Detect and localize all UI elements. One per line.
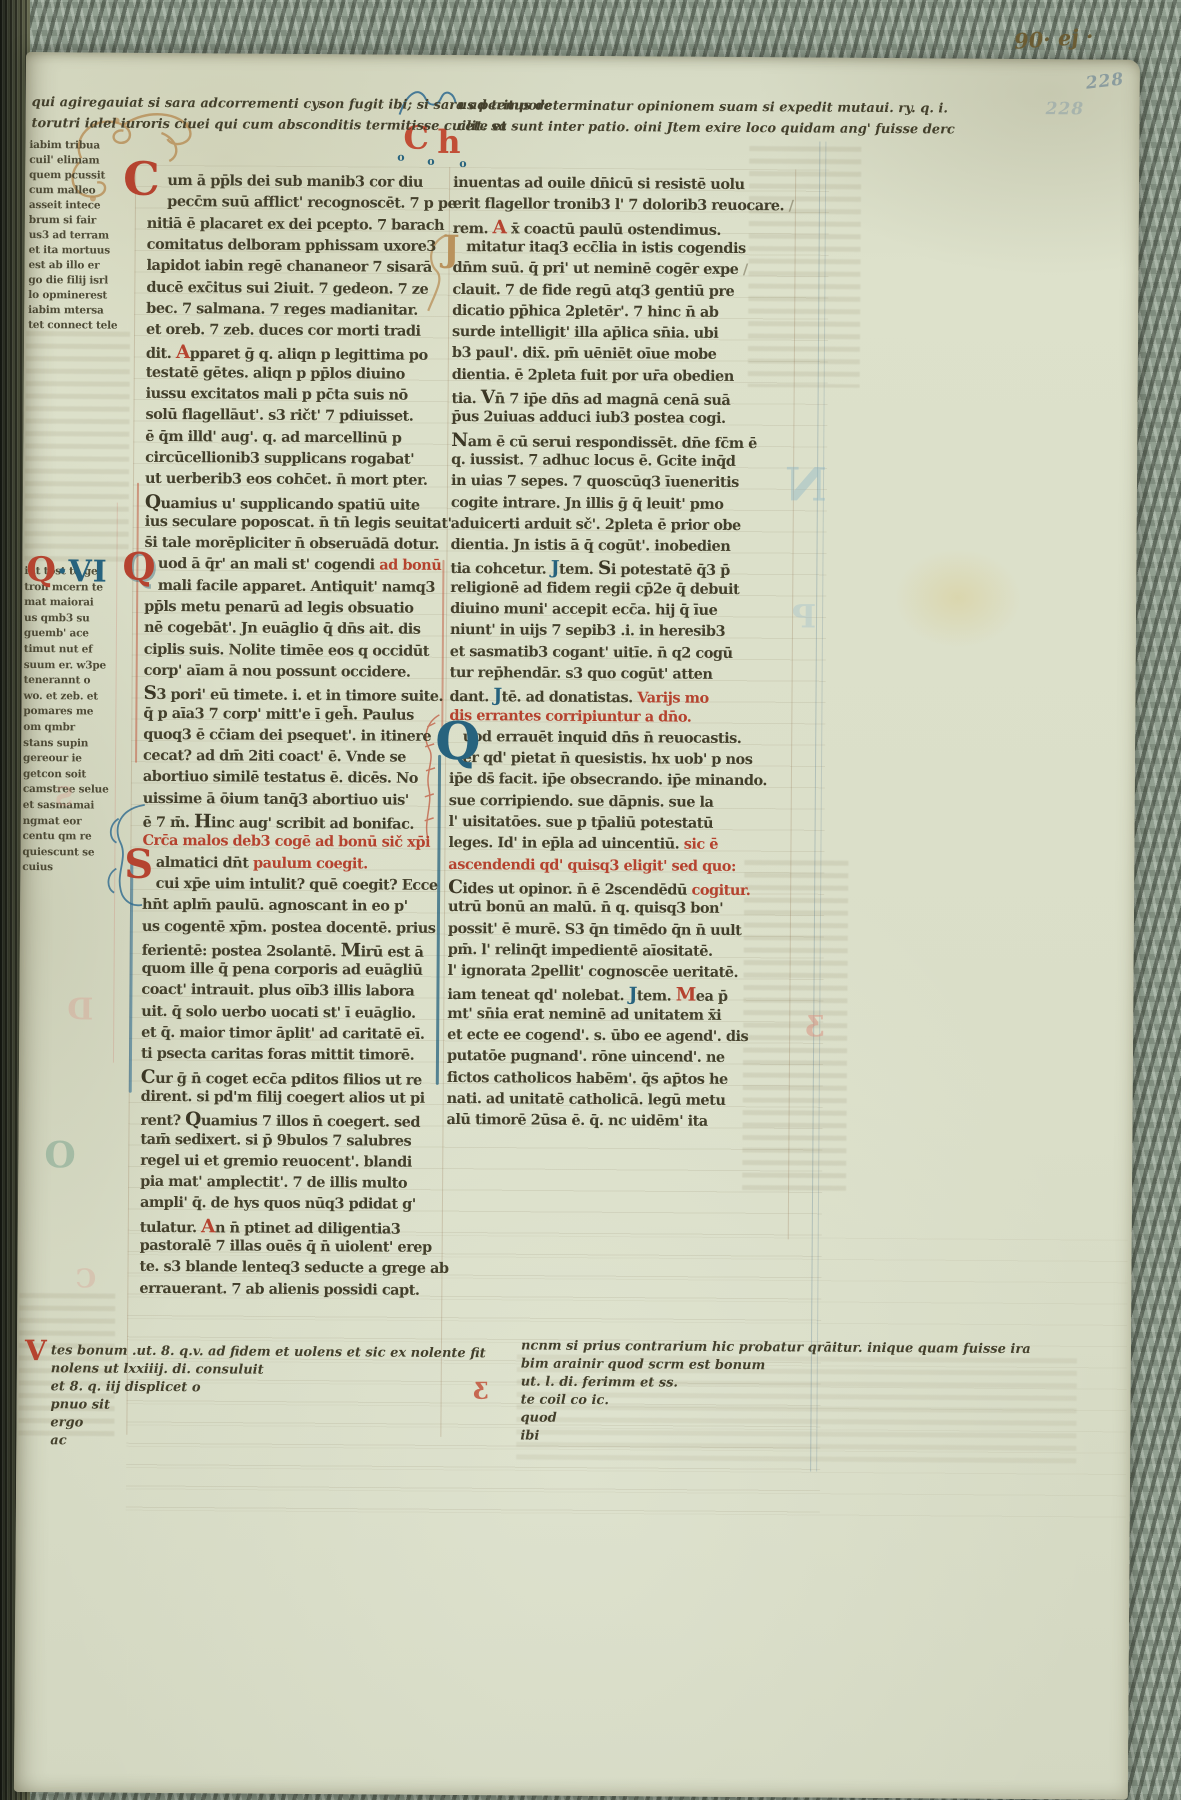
text-line: est ab illo er bbox=[28, 260, 99, 271]
text-line: errauerant. 7 ab alienis possidi capt. bbox=[139, 1281, 419, 1297]
text-line: in uias 7 sepes. 7 quoscūq3 īueneritis bbox=[451, 474, 739, 491]
text-line: cete et sunt inter patio. oini Jtem exir… bbox=[457, 120, 954, 136]
text-line: utrū bonū an malū. n̄ q. quisq3 bon' bbox=[448, 900, 723, 916]
quaestio-number: ·VI bbox=[57, 554, 108, 589]
initial-C: C bbox=[123, 159, 160, 201]
text-line: ut. l. di. ferimm et ss. bbox=[521, 1375, 678, 1389]
text-line: guemb' ace bbox=[24, 628, 89, 639]
text-line: et 8. q. iij displicet o bbox=[51, 1380, 201, 1394]
showthrough-initial: D bbox=[67, 992, 93, 1027]
text-line: hn̄t aplm̄ paulū. agnoscant in eo p' bbox=[142, 898, 408, 914]
text-line: comitatus delboram pphissam uxore3 bbox=[147, 238, 436, 255]
text-line: us peritus determinatur opinionem suam s… bbox=[458, 99, 948, 115]
showthrough-initial: N bbox=[785, 457, 827, 511]
text-line: ibi bbox=[520, 1429, 539, 1442]
text-line: ferientē: postea 2solantē. Mirū est a… bbox=[142, 941, 424, 962]
text-line: surde intelligit' illa ap̄lica sn̄ia. ub… bbox=[452, 325, 718, 341]
text-line: um ā pp̄ls dei sub manib3 cor diu bbox=[147, 174, 423, 190]
text-line: om qmbr bbox=[23, 722, 75, 733]
text-line: er qd' pietat n̄ quesistis. hx uob' p no… bbox=[449, 751, 752, 768]
text-line: dicatio pp̄hica 2pletēr'. 7 hinc n̄ ab bbox=[452, 304, 718, 320]
folio-number-ink: 90· ej · bbox=[1013, 23, 1094, 53]
text-line: dientia. Jn istis ā q̄ cogūt'. inobedi… bbox=[451, 538, 731, 554]
text-line: te coil co ic. bbox=[521, 1393, 609, 1407]
text-line: pm̄. l' relinq̄t impedientē aīositatē… bbox=[448, 943, 713, 959]
text-line: q̄ p aīa3 7 corp' mitt'e ī geh̄. Paulu… bbox=[143, 706, 414, 722]
text-line: Cides ut opinor. n̄ ē 2scendēdū cogit… bbox=[448, 879, 750, 900]
text-line: mali facile apparet. Antiquit' namq3 bbox=[144, 579, 435, 596]
text-line: go die filij isrl bbox=[28, 275, 108, 286]
text-line: religionē ad fidem regii cp̄2e q̄ debui… bbox=[450, 581, 739, 598]
showthrough-text bbox=[24, 328, 130, 565]
text-line: leges. Id' in ep̄la ad uincentiū. sic e… bbox=[448, 836, 718, 852]
text-line: quoq3 ē cc̄iam dei psequet'. in itinere bbox=[143, 728, 431, 745]
text-line: corp' aīam ā nou possunt occidere. bbox=[144, 664, 411, 680]
text-line: rent? Quamius 7 illos n̄ coegert. sed bbox=[140, 1111, 420, 1132]
penwork-line-red bbox=[135, 483, 139, 763]
text-column-left: um ā pp̄ls dei sub manib3 cor diu pecc̄… bbox=[139, 174, 455, 1316]
text-line: pomares me bbox=[23, 706, 93, 717]
text-line: centu qm re bbox=[22, 831, 91, 842]
text-line: almatici dn̄t paulum coegit. bbox=[142, 855, 367, 871]
text-line: gereour ie bbox=[23, 753, 82, 764]
text-line: nolens ut lxxiiij. di. consuluit bbox=[51, 1362, 264, 1376]
text-line: clauit. 7 de fide regū atq3 gentiū pre bbox=[452, 282, 734, 298]
text-line: dirent. si pd'm filij coegert alios ut p… bbox=[141, 1090, 425, 1106]
text-line: te. s3 blande lenteq3 seducte a grege ab bbox=[139, 1260, 448, 1277]
text-line: cum malleo bbox=[29, 185, 95, 196]
text-line: pastoralē 7 illas ouēs q̄ n̄ uiolent' … bbox=[140, 1239, 432, 1256]
text-line: dit. Apparet ḡ q. aliqn p legittima po bbox=[146, 344, 428, 365]
text-line: et oreb. 7 zeb. duces cor morti tradi bbox=[146, 323, 421, 339]
bottom-annotation-left: tes bonum .ut. 8. q.v. ad fidem et uolen… bbox=[50, 1344, 491, 1467]
showthrough-layer: ODSNPʒʒC bbox=[26, 52, 1140, 60]
text-line: us cogentē xp̄m. postea docentē. prius bbox=[142, 919, 436, 936]
text-line: Crc̄a malos deb3 cogē ad bonū sič xp̄… bbox=[142, 834, 430, 851]
penwork-dot: o bbox=[459, 157, 466, 170]
text-line: ē q̄m illd' aug'. q. ad marcellinū p bbox=[145, 429, 401, 445]
text-column-right: inuentas ad ouile dn̄icū si resistē uo… bbox=[446, 176, 797, 1138]
text-line: suum er. w3pe bbox=[24, 660, 106, 671]
text-line: nitiā ē placaret ex dei pcepto. 7 bara… bbox=[147, 216, 444, 233]
text-line: ip̄e ds̄ facit. ip̄e obsecrando. ip̄e mi… bbox=[449, 772, 767, 789]
text-line: Quamius u' supplicando spatiū uite bbox=[145, 493, 420, 513]
text-line: erit flagellor tronib3 l' 7 dolorib3 reu… bbox=[453, 197, 794, 214]
text-line: quom ille q̄ pena corporis ad euāgliū bbox=[142, 962, 423, 978]
text-line: aduicerti arduit sč'. 2pleta ē prior o… bbox=[451, 517, 741, 534]
penwork-dot: o bbox=[427, 155, 434, 168]
text-line: ncnm si prius contrarium hic probatur qr… bbox=[521, 1339, 1031, 1356]
text-line: ius seculare poposcat. n̄ tn̄ legis seui… bbox=[145, 515, 452, 532]
text-line: rem. A x̄ coactū paulū ostendimus. bbox=[453, 219, 721, 239]
initials-layer: CQSJQV bbox=[26, 52, 1140, 60]
parchment-page: 228 228 bbox=[14, 52, 1140, 1800]
text-line: lapidot iabin regē chananeor 7 sisarā bbox=[146, 259, 431, 275]
text-line: l' ignorata 2pellit' cognoscēe ueritate… bbox=[448, 964, 739, 981]
text-line: tam̄ sedixert. si p̄ 9bulos 7 salubres bbox=[140, 1132, 411, 1148]
folio-number-pencil-faint: 228 bbox=[1046, 99, 1085, 119]
text-line: Cur ḡ n̄ coget ecc̄a pditos filios ut r… bbox=[141, 1068, 422, 1089]
text-line: b3 paul'. dix̄. pm̄ uēniēt oīue mobe bbox=[452, 346, 717, 362]
text-line: torutri ialel iuroris ciuei qui cum absc… bbox=[31, 117, 507, 133]
text-line: bim arainir quod scrm est bonum bbox=[521, 1357, 766, 1372]
text-line: us3 ad terram bbox=[29, 230, 109, 241]
text-line: l' uisitatōes. sue p tp̄aliū potestatu… bbox=[449, 815, 714, 831]
text-line: us qmb3 su bbox=[24, 613, 90, 624]
text-line: ngmat eor bbox=[23, 816, 82, 827]
initial-V-annotation: V bbox=[25, 1338, 47, 1363]
text-line: nē cogebāt'. Jn euāglio q̄ dn̄s ait. … bbox=[144, 621, 421, 637]
text-line: possit' ē murē. S3 q̄n timēdo q̄n n̄ … bbox=[448, 921, 742, 938]
text-line: testatē gētes. aliqn p pp̄los diuino bbox=[146, 366, 405, 382]
text-line: pia mat' amplectit'. 7 de illis multo bbox=[140, 1175, 407, 1191]
initial-S: S bbox=[124, 847, 153, 883]
penwork-dot: o bbox=[397, 151, 404, 164]
text-line: Nam ē cū serui respondissēt. dn̄e fc̄… bbox=[451, 432, 757, 453]
text-line: alū timorē 2ūsa ē. q̄. nc uidēm' it… bbox=[447, 1113, 708, 1129]
text-line: ergo bbox=[50, 1416, 83, 1429]
showthrough-initial: P bbox=[792, 597, 816, 635]
margin-gloss-mid: int tost to getron mcern temat maioraius… bbox=[22, 566, 124, 883]
initial-Q-right: Q bbox=[435, 719, 481, 766]
text-line: et ecte ee cogend'. s. ūbo ee agend'. d… bbox=[447, 1028, 748, 1045]
text-line: et sasmatib3 cogant' uitīe. n̄ q2 cogū bbox=[450, 645, 733, 661]
text-line: sue corripiendo. sue dāpnis. sue la bbox=[449, 794, 714, 810]
text-line: mat maiorai bbox=[24, 597, 94, 608]
text-line: quem pcussit bbox=[29, 170, 105, 181]
initial-Q-left: Q bbox=[122, 550, 155, 584]
text-line: s̄i tale morēpliciter n̄ obseruādā do… bbox=[145, 536, 440, 553]
text-line: dis errantes corripiuntur a dn̄o. bbox=[449, 708, 691, 724]
text-line: tulatur. An n̄ ptinet ad diligentia3 bbox=[140, 1218, 401, 1238]
text-line: nati. ad unitatē catholicā. legū metu bbox=[447, 1092, 726, 1108]
text-line: tia cohcetur. Jtem. Si potestatē q̄3 p̄ bbox=[450, 559, 730, 580]
text-line: circūcellionib3 supplicans rogabat' bbox=[145, 451, 414, 467]
text-line: getcon soit bbox=[23, 769, 86, 780]
text-line: cogite intrare. Jn illis ḡ q̄ leuit' pm… bbox=[451, 495, 724, 511]
text-line: uissime ā ōium tanq̄3 abortiuo uis' bbox=[143, 792, 409, 808]
text-line: tia. Vn̄ 7 ip̄e dn̄s ad magnā cenā sua… bbox=[452, 389, 731, 410]
text-line: dn̄m suū. q̄ pri' ut neminē cogēr exp… bbox=[452, 261, 747, 278]
text-line: p̄us 2uiuas adduci iub3 postea cogi. bbox=[451, 410, 725, 426]
text-line: tes bonum .ut. 8. q.v. ad fidem et uolen… bbox=[51, 1344, 486, 1360]
text-line: dientia. ē 2pleta fuit por ur̄a obedien bbox=[452, 368, 734, 384]
initial-J: J bbox=[443, 233, 460, 266]
text-line: bec. 7 salmana. 7 reges madianitar. bbox=[146, 302, 418, 318]
text-line: coact' intrauit. plus oīb3 illis labora bbox=[141, 983, 414, 999]
text-line: pecc̄m suū afflict' recognoscēt. 7 p p… bbox=[147, 195, 456, 212]
text-line: pnuo sit bbox=[51, 1398, 111, 1411]
text-line: pp̄ls metu penarū ad legis obsuatio bbox=[144, 600, 413, 616]
text-line: iabim mtersa bbox=[28, 305, 103, 316]
text-line: uod ā q̄r' an mali st' cogendi ad bonū bbox=[144, 557, 441, 574]
quaestio-initial: Q bbox=[26, 550, 57, 590]
text-line: mitatur itaq3 ecc̄lia in istis cogendis bbox=[453, 240, 746, 257]
text-line: uod errauēt inquid dn̄s n̄ reuocastis. bbox=[449, 730, 741, 747]
text-line: et ita mortuus bbox=[29, 245, 110, 256]
text-line: wo. et zeb. et bbox=[23, 691, 97, 702]
text-line: mt' sn̄ia erat neminē ad unitatem x̄i bbox=[447, 1007, 721, 1023]
text-line: S3 pori' eū timete. i. et in timore sui… bbox=[143, 685, 443, 706]
manuscript-photo: { "page": { "folio_ink": "90· ej ·", "fo… bbox=[0, 0, 1181, 1800]
folio-number-pencil: 228 bbox=[1085, 69, 1126, 93]
text-line: timut nut ef bbox=[24, 644, 93, 655]
text-line: iussu excitatos mali p pc̄ta suis nō bbox=[146, 387, 408, 403]
quaestio-marker: Q·VI bbox=[26, 550, 108, 591]
text-line: putatōe pugnand'. rōne uincend'. ne bbox=[447, 1049, 725, 1065]
text-line: regel ui et gremio reuocent'. blandi bbox=[140, 1154, 412, 1170]
margin-gloss-top: iabim tribuacuil' elimamquem pcussitcum … bbox=[28, 140, 133, 341]
text-line: cecat? ad dm̄ 2iti coact' ē. Vnde se bbox=[143, 749, 406, 765]
text-line: lo opminerest bbox=[28, 290, 107, 301]
text-line: ciplis suis. Nolite timēe eos q occidū… bbox=[144, 642, 429, 658]
text-line: tenerannt o bbox=[24, 675, 91, 686]
text-line: ac bbox=[50, 1434, 66, 1447]
text-line: cuius bbox=[22, 862, 53, 873]
text-line: q. iussist. 7 adhuc locus ē. Gcite inq̄… bbox=[451, 453, 735, 469]
text-line: ut uerberib3 eos cohc̄et. n̄ mort pter. bbox=[145, 472, 427, 488]
text-line: solū flagellāut'. s3 ričt' 7 pdiuisse… bbox=[145, 408, 413, 424]
text-line: ducē exc̄itus sui 2iuit. 7 gedeon. 7 ze bbox=[146, 280, 428, 296]
text-line: abortiuo similē testatus ē. dicēs. No bbox=[143, 770, 418, 786]
showthrough-initial: O bbox=[44, 1134, 76, 1176]
text-line: ē 7 m̄. Hinc aug' scribit ad bonifac. bbox=[143, 813, 414, 833]
text-line: niunt' in uijs 7 sepib3 .i. in heresib3 bbox=[450, 623, 725, 639]
text-line: cui xp̄e uim intulit? quē coegit? Ecce bbox=[142, 877, 438, 894]
text-line: tet connect tele bbox=[28, 320, 117, 331]
text-line: iabim tribua bbox=[29, 140, 100, 151]
text-line: inuentas ad ouile dn̄icū si resistē uo… bbox=[453, 176, 745, 193]
top-annotation-right: us peritus determinatur opinionem suam s… bbox=[457, 99, 877, 148]
showthrough-initial: ʒ bbox=[475, 1371, 489, 1400]
text-line: fictos catholicos habēm'. q̄s ap̄tos he bbox=[447, 1071, 728, 1087]
showthrough-initial: ʒ bbox=[807, 1003, 824, 1038]
text-line: dant. Jtē. ad donatistas. Varijs mo bbox=[449, 687, 708, 707]
text-line: ampli' q̄. de hys quos nūq3 pdidat g' bbox=[140, 1196, 416, 1212]
text-line: ascendendi qd' quisq3 eligit' sed quo: bbox=[448, 858, 736, 875]
text-line: iam teneat qd' nolebat. Jtem. Mea p̄ bbox=[447, 985, 727, 1006]
text-line: asseit intece bbox=[29, 200, 101, 211]
text-line: diuino muni' accepit ecc̄a. hij q̄ īue bbox=[450, 602, 717, 618]
text-line: et q̄. maior timor āplit' ad caritatē … bbox=[141, 1026, 424, 1042]
text-line: stans supin bbox=[23, 738, 88, 749]
showthrough-initial: S bbox=[55, 782, 74, 812]
text-line: cuil' elimam bbox=[29, 155, 99, 166]
text-line: tur rep̄hendār. s3 quo cogūt' atten bbox=[450, 666, 713, 682]
text-line: brum si fair bbox=[29, 215, 96, 226]
top-annotation-left: qui agiregauiat si sara adcorrementi cys… bbox=[31, 96, 471, 145]
text-line: uit. q̄ solo uerbo uocati st' ī euāgli… bbox=[141, 1005, 415, 1021]
text-line: quod bbox=[520, 1411, 556, 1424]
text-line: ti psecta caritas foras mittit timorē. bbox=[141, 1047, 414, 1063]
bottom-annotation-center: ncnm si prius contrarium hic probatur qr… bbox=[520, 1339, 951, 1462]
showthrough-initial: C bbox=[75, 1264, 96, 1294]
text-line: quiescunt se bbox=[22, 847, 94, 858]
